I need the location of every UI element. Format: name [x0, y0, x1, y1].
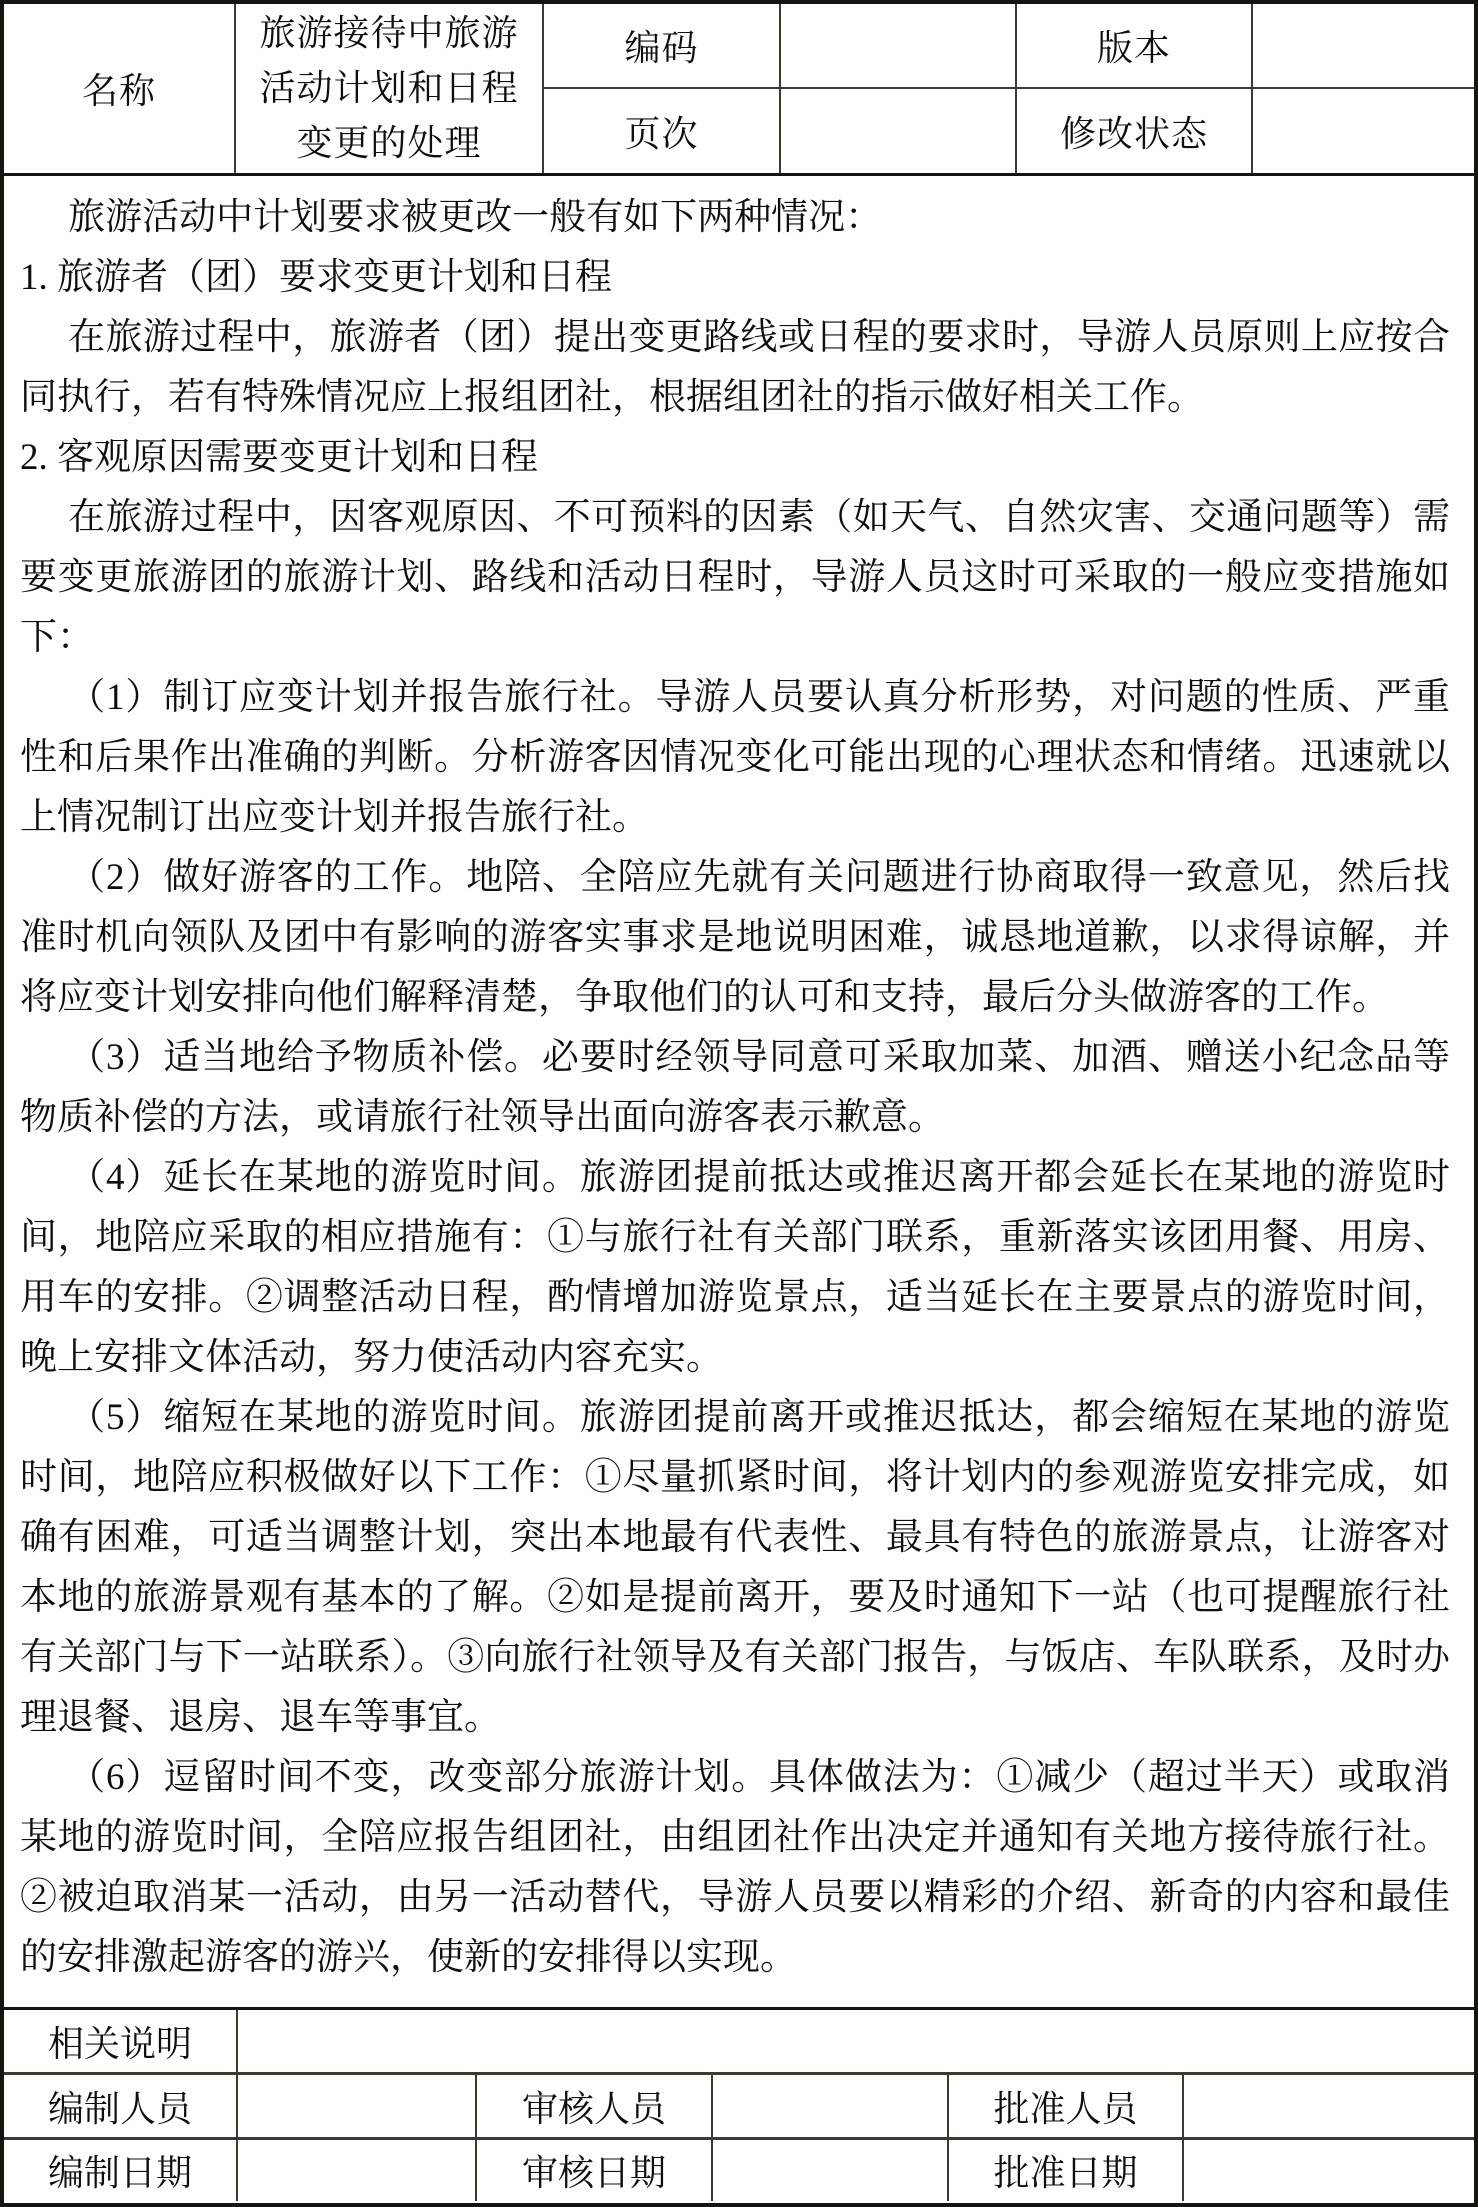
- body-paragraph: （1）制订应变计划并报告旅行社。导游人员要认真分析形势，对问题的性质、严重性和后…: [20, 668, 1450, 848]
- body-paragraph: 2. 客观原因需要变更计划和日程: [20, 428, 1450, 488]
- procedure-form-table: 名称 旅游接待中旅游 活动计划和日程 变更的处理 编码 版本 页次 修改状态 旅…: [0, 0, 1478, 2207]
- document-title-line-3: 变更的处理: [296, 116, 481, 171]
- review-date-label: 审核日期: [475, 2140, 711, 2201]
- approver-value: [1182, 2075, 1474, 2137]
- body-paragraph: （5）缩短在某地的游览时间。旅游团提前离开或推迟抵达，都会缩短在某地的游览时间，…: [20, 1388, 1450, 1748]
- reviewer-value: [711, 2075, 947, 2137]
- document-page: 名称 旅游接待中旅游 活动计划和日程 变更的处理 编码 版本 页次 修改状态 旅…: [0, 0, 1478, 2207]
- body-paragraph: 在旅游过程中，因客观原因、不可预料的因素（如天气、自然灾害、交通问题等）需要变更…: [20, 488, 1450, 668]
- personnel-row: 编制人员 审核人员 批准人员: [4, 2072, 1474, 2137]
- version-value: [1251, 4, 1474, 87]
- revision-status-label: 修改状态: [1015, 87, 1251, 173]
- related-notes-label: 相关说明: [4, 2010, 236, 2072]
- form-header: 名称 旅游接待中旅游 活动计划和日程 变更的处理 编码 版本 页次 修改状态: [4, 4, 1474, 176]
- related-notes-row: 相关说明: [4, 2007, 1474, 2072]
- body-paragraph: 1. 旅游者（团）要求变更计划和日程: [20, 248, 1450, 308]
- prepare-date-label: 编制日期: [4, 2140, 236, 2201]
- body-paragraph: 在旅游过程中，旅游者（团）提出变更路线或日程的要求时，导游人员原则上应按合同执行…: [20, 308, 1450, 428]
- body-paragraph: 旅游活动中计划要求被更改一般有如下两种情况：: [20, 188, 1450, 248]
- date-row: 编制日期 审核日期 批准日期: [4, 2137, 1474, 2201]
- preparer-label: 编制人员: [4, 2075, 236, 2137]
- page-value: [779, 87, 1015, 173]
- approve-date-value: [1182, 2140, 1474, 2201]
- preparer-value: [236, 2075, 475, 2137]
- document-title-line-1: 旅游接待中旅游: [259, 6, 518, 61]
- document-title: 旅游接待中旅游 活动计划和日程 变更的处理: [234, 4, 542, 173]
- approver-label: 批准人员: [947, 2075, 1182, 2137]
- name-label: 名称: [4, 4, 234, 173]
- approve-date-label: 批准日期: [947, 2140, 1182, 2201]
- procedure-body: 旅游活动中计划要求被更改一般有如下两种情况： 1. 旅游者（团）要求变更计划和日…: [4, 176, 1474, 2007]
- code-label: 编码: [542, 4, 779, 87]
- body-paragraph: （3）适当地给予物质补偿。必要时经领导同意可采取加菜、加酒、赠送小纪念品等物质补…: [20, 1028, 1450, 1148]
- reviewer-label: 审核人员: [475, 2075, 711, 2137]
- body-paragraph: （2）做好游客的工作。地陪、全陪应先就有关问题进行协商取得一致意见，然后找准时机…: [20, 848, 1450, 1028]
- document-title-line-2: 活动计划和日程: [259, 61, 518, 116]
- revision-status-value: [1251, 87, 1474, 173]
- code-value: [779, 4, 1015, 87]
- review-date-value: [711, 2140, 947, 2201]
- prepare-date-value: [236, 2140, 475, 2201]
- body-paragraph: （6）逗留时间不变，改变部分旅游计划。具体做法为：①减少（超过半天）或取消某地的…: [20, 1748, 1450, 1988]
- version-label: 版本: [1015, 4, 1251, 87]
- body-paragraph: （4）延长在某地的游览时间。旅游团提前抵达或推迟离开都会延长在某地的游览时间，地…: [20, 1148, 1450, 1388]
- page-label: 页次: [542, 87, 779, 173]
- related-notes-value: [236, 2010, 1474, 2072]
